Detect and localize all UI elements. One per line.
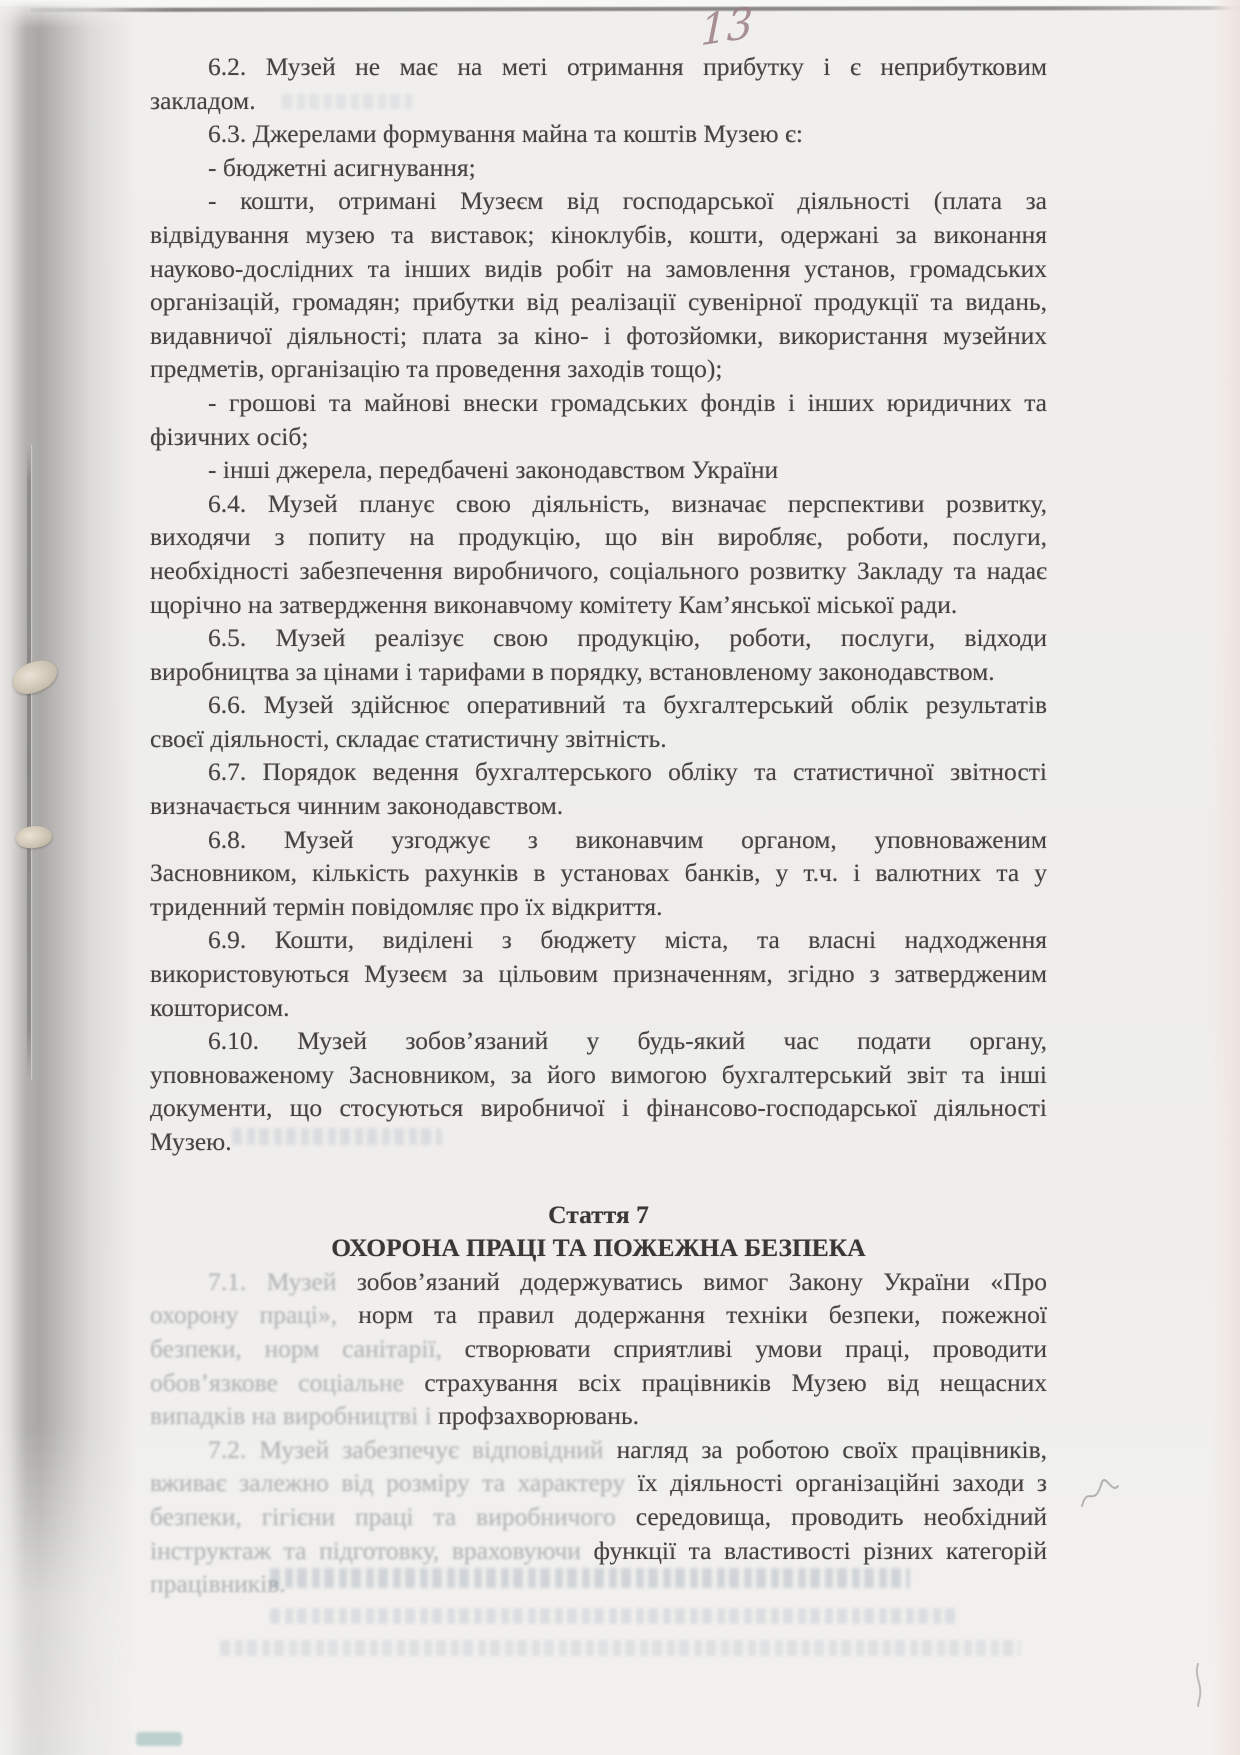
bottom-left-ink-smudge — [136, 1732, 182, 1746]
text-line: науково-дослідних та інших видів робіт н… — [150, 252, 1047, 286]
text-line: охорону праці», норм та правил додержанн… — [150, 1298, 1047, 1332]
text-line: кошторисом. — [150, 991, 1047, 1025]
text-line: використовуються Музеєм за цільовим приз… — [150, 957, 1047, 991]
text-line: уповноваженому Засновником, за його вимо… — [150, 1058, 1047, 1092]
scanner-top-margin — [0, 0, 1240, 6]
page-top-edge-shadow — [30, 6, 1238, 12]
article-heading-line: ОХОРОНА ПРАЦІ ТА ПОЖЕЖНА БЕЗПЕКА — [150, 1231, 1047, 1265]
text-line: організацій, громадян; прибутки від реал… — [150, 285, 1047, 319]
text-line: 6.9. Кошти, виділені з бюджету міста, та… — [150, 923, 1047, 957]
ink-bleedthrough-heading-row — [270, 1568, 910, 1588]
article-heading-line: Стаття 7 — [150, 1198, 1047, 1232]
text-line: 6.7. Порядок ведення бухгалтерського обл… — [150, 755, 1047, 789]
text-line: 6.2. Музей не має на меті отримання приб… — [150, 50, 1047, 84]
text-line: вживає залежно від розміру та характеру … — [150, 1466, 1047, 1500]
text-line: 6.4. Музей планує свою діяльність, визна… — [150, 487, 1047, 521]
text-line: триденний термін повідомляє про їх відкр… — [150, 890, 1047, 924]
text-line: необхідності забезпечення виробничого, с… — [150, 554, 1047, 588]
text-line: - інші джерела, передбачені законодавств… — [150, 453, 1047, 487]
text-line: виходячи з попиту на продукцію, що він в… — [150, 520, 1047, 554]
handwritten-page-number: 13 — [700, 0, 754, 56]
text-line: Засновником, кількість рахунків в устано… — [150, 856, 1047, 890]
binding-shadow-band — [0, 0, 135, 1755]
text-line: фізичних осіб; — [150, 420, 1047, 454]
text-line: 6.5. Музей реалізує свою продукцію, робо… — [150, 621, 1047, 655]
ink-bleedthrough-text-row-1 — [270, 1608, 960, 1624]
text-line: відвідування музею та виставок; кіноклуб… — [150, 218, 1047, 252]
ink-bleedthrough-smudge-mid — [232, 1128, 442, 1145]
text-line: - кошти, отримані Музеєм від господарськ… — [150, 184, 1047, 218]
text-line: 7.1. Музей зобов’язаний додержуватись ви… — [150, 1265, 1047, 1299]
text-line: 6.10. Музей зобов’язаний у будь-який час… — [150, 1024, 1047, 1058]
text-line: - бюджетні асигнування; — [150, 151, 1047, 185]
text-line: безпеки, гігієни праці та виробничого се… — [150, 1500, 1047, 1534]
text-line: 6.6. Музей здійснює оперативний та бухга… — [150, 688, 1047, 722]
text-line: інструктаж та підготовку, враховуючи фун… — [150, 1534, 1047, 1568]
text-line: предметів, організацію та проведення зах… — [150, 352, 1047, 386]
ink-bleedthrough-smudge-top — [282, 94, 412, 109]
text-line: визначається чинним законодавством. — [150, 789, 1047, 823]
text-line: щорічно на затвердження виконавчому комі… — [150, 588, 1047, 622]
corner-pen-mark — [1190, 1662, 1214, 1708]
text-line: своєї діяльності, складає статистичну зв… — [150, 722, 1047, 756]
text-line: - грошові та майнові внески громадських … — [150, 386, 1047, 420]
text-line: 6.3. Джерелами формування майна та кошті… — [150, 117, 1047, 151]
page-right-edge — [1210, 0, 1240, 1755]
text-line: 6.8. Музей узгоджує з виконавчим органом… — [150, 823, 1047, 857]
text-line: обов’язкове соціальне страхування всіх п… — [150, 1366, 1047, 1400]
text-line: видавничої діяльності; плата за кіно- і … — [150, 319, 1047, 353]
binding-thread — [27, 445, 31, 1080]
text-block: 6.2. Музей не має на меті отримання приб… — [150, 50, 1047, 1601]
text-line: 7.2. Музей забезпечує відповідний нагляд… — [150, 1433, 1047, 1467]
margin-pen-mark — [1080, 1476, 1122, 1518]
text-line: випадків на виробництві і профзахворюван… — [150, 1399, 1047, 1433]
ink-bleedthrough-text-row-2 — [220, 1640, 1020, 1656]
text-line: документи, що стосуються виробничої і фі… — [150, 1091, 1047, 1125]
scanned-document-page: 13 6.2. Музей не має на меті отримання п… — [0, 0, 1240, 1755]
text-line: безпеки, норм санітарії, створювати спри… — [150, 1332, 1047, 1366]
text-line: виробництва за цінами і тарифами в поряд… — [150, 655, 1047, 689]
